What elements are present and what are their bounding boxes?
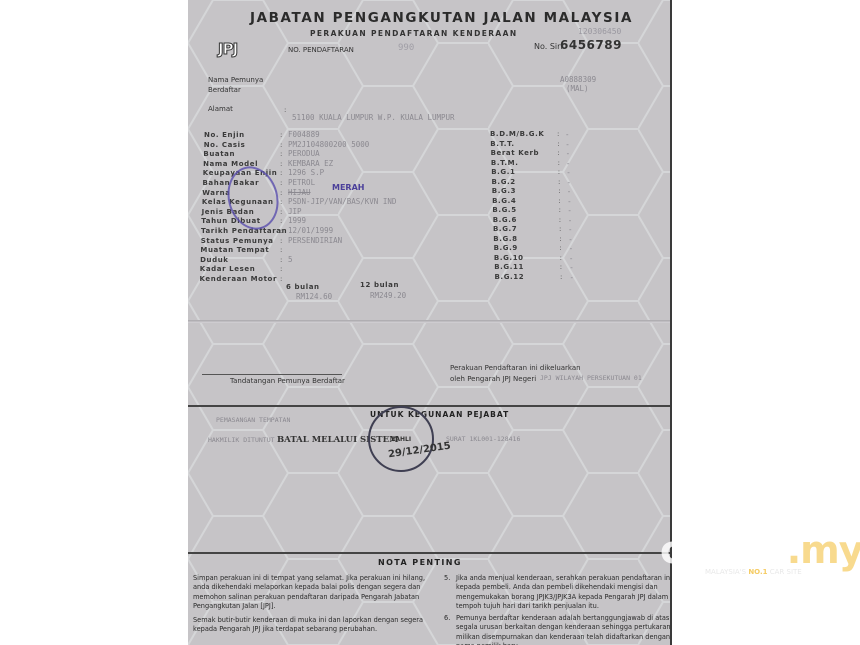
registration-value: 990 <box>398 43 414 53</box>
field-label: Kadar Lesen <box>200 265 255 273</box>
nota-num-6: 6. <box>444 614 456 623</box>
colon: : <box>280 237 282 245</box>
office-left-note: PEMASANGAN TEMPATAN <box>216 416 290 424</box>
colon: : <box>560 273 562 281</box>
weight-label: B.G.8 <box>493 235 517 243</box>
colon: : <box>280 227 282 235</box>
field-value: HIJAU <box>288 188 311 197</box>
colon: : <box>560 254 562 262</box>
registration-label: NO. PENDAFTARAN <box>288 46 354 54</box>
field-label: Buatan <box>203 150 235 158</box>
colon: : <box>559 225 561 233</box>
serial-label: No. Siri <box>534 42 563 51</box>
weight-label: B.G.1 <box>491 168 515 176</box>
colon: : <box>557 130 559 138</box>
weight-value: - <box>569 263 574 272</box>
field-label: Muatan Tempat <box>200 246 269 254</box>
colon: : <box>280 217 282 225</box>
field-label: No. Casis <box>204 141 246 149</box>
nota-left-2: Semak butir-butir kenderaan di muka ini … <box>193 616 428 635</box>
registration-certificate: JABATAN PENGANGKUTAN JALAN MALAYSIA PERA… <box>188 0 672 645</box>
field-label: No. Enjin <box>204 131 245 139</box>
colon: : <box>559 216 561 224</box>
nota-num-5: 5. <box>444 574 456 583</box>
nota-right-6: Pemunya berdaftar kenderaan adalah berta… <box>456 614 672 645</box>
brand-text: carlist <box>660 528 787 572</box>
weight-label: B.T.T. <box>490 140 514 148</box>
issued-by: JPJ WILAYAH PERSEKUTUAN 01 <box>540 374 642 382</box>
colon: : <box>280 246 282 254</box>
colon: : <box>280 141 282 149</box>
letter-ref: SURAT 1KL001-128416 <box>446 435 520 443</box>
stamped-number: 120306450 <box>578 27 621 36</box>
colon: : <box>558 197 560 205</box>
weight-value: - <box>569 254 574 263</box>
field-value: PSDN-JIP/VAN/BAS/KVN IND <box>288 197 396 206</box>
handwritten-correction: MERAH <box>332 183 364 192</box>
nota-left-1: Simpan perakuan ini di tempat yang selam… <box>193 574 428 612</box>
colon: : <box>280 131 282 139</box>
nota-right-5: Jika anda menjual kenderaan, serahkan pe… <box>456 574 672 612</box>
weight-label: Berat Kerb <box>491 149 540 157</box>
weight-value: - <box>566 159 571 168</box>
field-value: F004889 <box>288 130 320 139</box>
colon: : <box>558 168 560 176</box>
field-value: PERODUA <box>288 149 320 158</box>
jpj-logo-icon: JPJ <box>218 40 237 58</box>
weight-label: B.G.11 <box>494 263 524 271</box>
colon: : <box>280 256 282 264</box>
owner-signature-label: Tandatangan Pemunya Berdaftar <box>230 377 345 385</box>
weight-value: - <box>567 187 572 196</box>
colon: : <box>559 244 561 252</box>
weight-value: - <box>567 206 572 215</box>
ownership-prefix: HAKMILIK DITUNTUT <box>208 436 275 444</box>
colon: : <box>557 140 559 148</box>
weight-value: - <box>568 225 573 234</box>
tagline-suffix: CAR SITE <box>770 568 802 576</box>
colon: : <box>280 208 282 216</box>
weight-value: - <box>568 235 573 244</box>
owner-id: A0888309 <box>560 75 596 84</box>
colon: : <box>557 149 559 157</box>
weight-label: B.G.9 <box>494 244 518 252</box>
colon: : <box>280 198 282 206</box>
issued-line-2: oleh Pengarah JPJ Negeri <box>450 375 536 383</box>
divider <box>188 405 670 407</box>
colon: : <box>280 150 282 158</box>
six-month-value: RM124.60 <box>296 292 332 301</box>
weight-label: B.G.2 <box>492 178 516 186</box>
weight-value: - <box>567 178 572 187</box>
field-value: 1999 <box>288 216 306 225</box>
field-value: PERSENDIRIAN <box>288 236 342 245</box>
field-value: JIP <box>288 207 302 216</box>
weight-label: B.G.10 <box>494 254 524 262</box>
weight-value: - <box>570 273 575 282</box>
weight-label: B.G.6 <box>493 216 517 224</box>
colon: : <box>559 235 561 243</box>
divider <box>188 552 670 554</box>
colon: : <box>280 160 282 168</box>
fold-crease <box>188 320 670 323</box>
carlist-watermark: carlist.my MALAYSIA'S NO.1 CAR SITE <box>660 528 860 588</box>
tagline-highlight: NO.1 <box>748 568 767 576</box>
watermark-brand: carlist.my <box>660 528 860 572</box>
colon: : <box>560 263 562 271</box>
signature-line <box>202 374 342 375</box>
weight-label: B.D.M/B.G.K <box>490 130 544 138</box>
weight-value: - <box>566 149 571 158</box>
nota-title: NOTA PENTING <box>378 558 462 567</box>
colon: : <box>558 159 560 167</box>
colon: : <box>284 106 286 114</box>
field-value: KEMBARA EZ <box>288 159 333 168</box>
weight-value: - <box>568 216 573 225</box>
weight-value: - <box>565 140 570 149</box>
weight-label: B.G.5 <box>492 206 516 214</box>
field-value: 5 <box>288 255 293 264</box>
owner-name-label: Nama Pemunya <box>208 76 263 84</box>
field-label: Kenderaan Motor <box>200 275 278 283</box>
colon: : <box>559 206 561 214</box>
colon: : <box>280 169 282 177</box>
twelve-month-value: RM249.20 <box>370 291 406 300</box>
field-label: Duduk <box>200 256 228 264</box>
brand-suffix: .my <box>787 528 860 572</box>
weight-label: B.G.3 <box>492 187 516 195</box>
weight-label: B.G.12 <box>495 273 525 281</box>
field-label: Tarikh Pendaftaran <box>201 227 287 235</box>
weight-value: - <box>569 244 574 253</box>
colon: : <box>280 189 282 197</box>
issued-line-1: Perakuan Pendaftaran ini dikeluarkan <box>450 364 581 372</box>
owner-id-tag: (MAL) <box>566 84 589 93</box>
colon: : <box>558 178 560 186</box>
weight-label: B.T.M. <box>491 159 519 167</box>
weight-value: - <box>565 130 570 139</box>
field-label: Status Pemunya <box>201 237 274 245</box>
stamp-text: ZAHLI <box>391 436 411 443</box>
weight-value: - <box>567 197 572 206</box>
twelve-month-label: 12 bulan <box>360 281 399 289</box>
field-value: PETROL <box>288 178 315 187</box>
owner-name-label-2: Berdaftar <box>208 86 241 94</box>
weight-label: B.G.4 <box>492 197 516 205</box>
address-label: Alamat <box>208 105 233 113</box>
address-value: 51100 KUALA LUMPUR W.P. KUALA LUMPUR <box>292 113 455 122</box>
document-subtitle: PERAKUAN PENDAFTARAN KENDERAAN <box>310 29 518 38</box>
tagline-prefix: MALAYSIA'S <box>705 568 746 576</box>
weight-value: - <box>566 168 571 177</box>
colon: : <box>558 187 560 195</box>
field-value: 12/01/1999 <box>288 226 333 235</box>
field-value: PM2J104800200 5000 <box>288 140 369 149</box>
agency-title: JABATAN PENGANGKUTAN JALAN MALAYSIA <box>250 10 633 26</box>
six-month-label: 6 bulan <box>286 283 320 291</box>
weight-label: B.G.7 <box>493 225 517 233</box>
colon: : <box>280 265 282 273</box>
watermark-tagline: MALAYSIA'S NO.1 CAR SITE <box>705 568 802 576</box>
colon: : <box>280 179 282 187</box>
field-value: 1296 S.P <box>288 168 324 177</box>
serial-value: 6456789 <box>560 38 622 52</box>
colon: : <box>280 275 282 283</box>
